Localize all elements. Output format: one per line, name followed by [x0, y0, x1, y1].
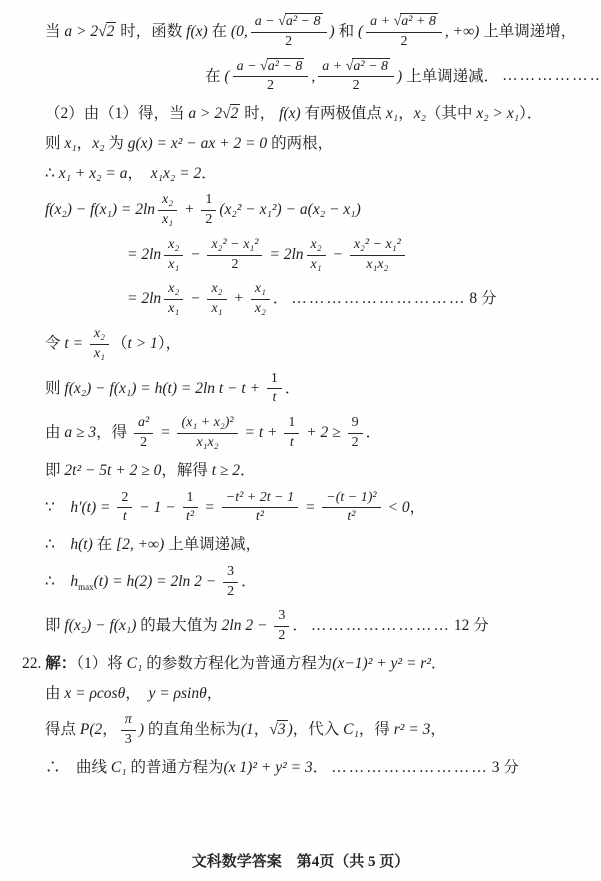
math-run: x₂ [168, 281, 179, 296]
text-run: ）． [519, 105, 542, 122]
math-run: x₁ [168, 301, 179, 316]
math-run: = 2ln [127, 246, 161, 263]
text-run: ， [127, 165, 150, 182]
text-run: ∴ [45, 536, 70, 553]
math-line-3: （2）由（1）得，当 a > 2√2 时， f(x) 有两极值点 x₁，x₂（其… [45, 103, 583, 125]
text-run: ． [431, 655, 447, 672]
text-run: ， [207, 685, 223, 702]
text-run: ． [201, 165, 217, 182]
denominator: 2 [140, 434, 147, 452]
denominator: x₁x₂ [366, 256, 388, 274]
text-run: ． [273, 290, 289, 307]
radicand: 2 [230, 104, 241, 122]
text-run: ， [102, 721, 118, 738]
text-run: 上单调递减， [164, 536, 261, 553]
math-run: (x₂² − x₁²) − a(x₂ − x₁) [219, 201, 360, 218]
fraction: x₂x₁ [158, 192, 177, 229]
numerator: x₂ [207, 281, 226, 300]
denominator: t [290, 434, 294, 452]
numerator: (x₁ + x₂)² [177, 415, 237, 434]
fraction: 12 [201, 192, 216, 229]
denominator: t² [256, 508, 264, 526]
math-run: π [125, 712, 132, 727]
math-run: x₂ [162, 192, 173, 207]
numerator: x₂ [164, 237, 183, 256]
math-run: x₁ [311, 257, 322, 272]
text-run: 当 [45, 23, 64, 40]
math-run: , [311, 67, 315, 84]
fraction: x₂² − x₁²x₁x₂ [350, 237, 405, 274]
text-run: 则 [45, 135, 64, 152]
dotted-leader: ……………… [502, 67, 601, 84]
denominator: t² [347, 508, 355, 526]
text-run: ，得 [96, 424, 131, 441]
radicand: a² + 8 [400, 13, 438, 29]
math-run: − 1 − [135, 498, 179, 515]
fraction: 2t [117, 490, 132, 527]
math-line-6: f(x₂) − f(x₁) = 2lnx₂x₁ + 12(x₂² − x₁²) … [45, 192, 583, 229]
radical: √a² − 8 [346, 59, 390, 76]
denominator: 2 [267, 77, 274, 95]
math-line-5: ∴ x₁ + x₂ = a， x₁x₂ = 2． [45, 163, 583, 185]
denominator: 2 [352, 434, 359, 452]
math-line-17: 22. 解：（1）将 C₁ 的参数方程化为普通方程为(x−1)² + y² = … [22, 653, 583, 675]
denominator: 2 [353, 77, 360, 95]
math-run: t [123, 509, 127, 524]
radical-sign-icon: √ [269, 721, 277, 738]
fraction: π3 [121, 712, 136, 749]
radical: √a² − 8 [260, 59, 304, 76]
numerator: 1 [183, 490, 198, 509]
math-run: f(x₂) − f(x₁) [64, 617, 136, 634]
denominator: 2 [285, 33, 292, 51]
denominator: 2 [401, 33, 408, 51]
denominator: x₁ [168, 256, 179, 274]
text-run: 在 [205, 67, 224, 84]
fraction: 32 [274, 608, 289, 645]
math-run: , +∞) [445, 23, 479, 40]
math-run: C₁ [343, 721, 359, 738]
math-run: = 2ln [127, 290, 161, 307]
math-run: x₂ > x₁ [476, 105, 519, 122]
math-run: [2, +∞) [116, 536, 164, 553]
math-line-20: ∴ 曲线 C₁ 的普通方程为(x 1)² + y² = 3．………………………3… [45, 757, 583, 779]
math-run: = [301, 498, 319, 515]
math-run: h(t) [70, 536, 92, 553]
math-run: C₁ [111, 759, 127, 776]
math-run: a² [138, 415, 149, 430]
math-run: (t) = h(2) = 2ln 2 − [94, 573, 221, 590]
denominator: t² [186, 508, 194, 526]
text-run: 上单调递增， [479, 23, 576, 40]
numerator: 2 [117, 490, 132, 509]
text-run: 在 [93, 536, 116, 553]
fraction: (x₁ + x₂)²x₁x₂ [177, 415, 237, 452]
math-line-1: 当 a > 2√2 时，函数 f(x) 在 (0,a − √a² − 82) 和… [45, 14, 583, 51]
fraction: −(t − 1)²t² [322, 490, 380, 527]
math-run: 2t² − 5t + 2 ≥ 0 [64, 462, 161, 479]
radical: √a² + 8 [394, 14, 438, 31]
fraction: x₂x₁ [207, 281, 226, 318]
radical: √a² − 8 [278, 14, 322, 31]
math-run: x₁ [168, 257, 179, 272]
math-run: t² [186, 509, 194, 524]
numerator: x₂ [158, 192, 177, 211]
bold-text: 解： [45, 655, 76, 672]
denominator: 2 [205, 211, 212, 229]
dotted-leader: …………………… [311, 617, 451, 634]
radical-sign-icon: √ [98, 23, 106, 40]
numerator: x₂ [90, 326, 109, 345]
text-run: ，解得 [161, 462, 211, 479]
math-run: x₂² − x₁² [354, 237, 401, 252]
text-run: ∴ [45, 165, 59, 182]
text-run: ． [241, 573, 257, 590]
math-run: = [201, 498, 219, 515]
numerator: x₂ [307, 237, 326, 256]
dotted-leader: ………………………… [291, 290, 466, 307]
subscript: max [78, 582, 94, 592]
fraction: 1t [267, 371, 282, 408]
math-line-8: = 2lnx₂x₁ − x₂x₁ + x₁x₂．…………………………8 分 [127, 281, 583, 318]
denominator: t [123, 508, 127, 526]
fraction: 1t² [183, 490, 198, 527]
math-run: x₂ [311, 237, 322, 252]
math-run: P(2 [80, 721, 102, 738]
fraction: x₂x₁ [164, 281, 183, 318]
document-content: 当 a > 2√2 时，函数 f(x) 在 (0,a − √a² − 82) 和… [45, 14, 583, 779]
text-run: ． [240, 462, 256, 479]
denominator: x₁ [162, 211, 173, 229]
radicand: a² − 8 [285, 13, 323, 29]
text-run: ． [285, 379, 301, 396]
numerator: a − √a² − 8 [233, 59, 309, 78]
math-run: t = [64, 335, 87, 352]
numerator: −t² + 2t − 1 [222, 490, 298, 509]
math-run: (x₁ + x₂)² [181, 415, 233, 430]
text-run: 3 分 [492, 759, 519, 776]
numerator: π [121, 712, 136, 731]
math-run: x₂ [94, 326, 105, 341]
text-run: 的最大值为 [136, 617, 221, 634]
denominator: x₁ [94, 345, 105, 363]
math-line-9: 令 t = x₂x₁（t > 1）， [45, 326, 583, 363]
numerator: 3 [223, 564, 238, 583]
text-run: 即 [45, 462, 64, 479]
math-line-16: 即 f(x₂) − f(x₁) 的最大值为 2ln 2 − 32．…………………… [45, 608, 583, 645]
math-line-4: 则 x₁，x₂ 为 g(x) = x² − ax + 2 = 0 的两根， [45, 133, 583, 155]
text-run: ， [77, 135, 93, 152]
math-run: a + [370, 14, 393, 29]
text-run: ∴ [45, 573, 70, 590]
math-line-10: 则 f(x₂) − f(x₁) = h(t) = 2ln t − t + 1t． [45, 371, 583, 408]
text-run: 8 分 [469, 290, 496, 307]
text-run: ，代入 [293, 721, 343, 738]
text-run: 为 [104, 135, 127, 152]
fraction: a + √a² − 82 [318, 59, 394, 96]
math-run: t² [256, 509, 264, 524]
text-run: ． [313, 759, 329, 776]
text-run: 12 分 [454, 617, 489, 634]
fraction: 1t [284, 415, 299, 452]
math-run: f(x₂) − f(x₁) = 2ln [45, 201, 155, 218]
page-footer: 文科数学答案 第4页（共 5 页） [0, 850, 601, 871]
math-run: x₂ [414, 105, 426, 122]
math-run: h [70, 573, 78, 590]
dotted-leader: ……………………… [331, 759, 489, 776]
math-run: t [290, 435, 294, 450]
math-run: (1 [241, 721, 254, 738]
math-run: (0, [231, 23, 248, 40]
text-run: 的直角坐标为 [144, 721, 241, 738]
numerator: −(t − 1)² [322, 490, 380, 509]
text-run: （2）由（1）得，当 [45, 105, 188, 122]
numerator: a + √a² − 8 [318, 59, 394, 78]
math-run: a ≥ 3 [64, 424, 96, 441]
fraction: x₁x₂ [251, 281, 270, 318]
fraction: x₂x₁ [164, 237, 183, 274]
math-run: f(x) [186, 23, 208, 40]
text-run: 则 [45, 379, 64, 396]
math-line-14: ∴ h(t) 在 [2, +∞) 上单调递减， [45, 534, 583, 556]
text-run: 时， [240, 105, 279, 122]
math-run: −(t − 1)² [326, 490, 376, 505]
math-run: a > 2 [188, 105, 222, 122]
fraction: 32 [223, 564, 238, 601]
fraction: a²2 [134, 415, 153, 452]
math-line-2: 在 (a − √a² − 82,a + √a² − 82) 上单调递减．…………… [205, 59, 583, 96]
denominator: x₂ [255, 300, 266, 318]
math-run: −t² + 2t − 1 [226, 490, 294, 505]
text-run: 有两极值点 [301, 105, 386, 122]
math-run: t > 1 [128, 335, 158, 352]
denominator: x₁ [311, 256, 322, 274]
text-run: ∵ [45, 498, 70, 515]
math-run: 2ln 2 − [222, 617, 272, 634]
math-line-7: = 2lnx₂x₁ − x₂² − x₁²2 = 2lnx₂x₁ − x₂² −… [127, 237, 583, 274]
denominator: x₁x₂ [196, 434, 218, 452]
math-run: ( [224, 67, 229, 84]
fraction: x₂x₁ [307, 237, 326, 274]
math-run: x₁ + x₂ = a [59, 165, 128, 182]
math-run: x₂ [92, 135, 104, 152]
math-run: t² [347, 509, 355, 524]
text-run: ． [366, 424, 382, 441]
radicand: a² − 8 [267, 58, 305, 74]
numerator: x₂² − x₁² [350, 237, 405, 256]
radical-sign-icon: √ [222, 105, 230, 122]
radical-sign-icon: √ [278, 14, 285, 29]
denominator: t [272, 389, 276, 407]
math-line-12: 即 2t² − 5t + 2 ≥ 0，解得 t ≥ 2． [45, 460, 583, 482]
math-run: x₁ [386, 105, 398, 122]
math-run: x₁ [255, 281, 266, 296]
text-run: 时，函数 [116, 23, 186, 40]
math-line-18: 由 x = ρcosθ， y = ρsinθ， [45, 683, 583, 705]
text-run: ）， [158, 335, 181, 352]
math-run: − [329, 246, 347, 263]
text-run: （1）将 [76, 655, 126, 672]
math-run: y = ρsinθ [148, 685, 206, 702]
math-run: x₂² − x₁² [211, 237, 258, 252]
math-line-15: ∴ hmax(t) = h(2) = 2ln 2 − 32． [45, 564, 583, 601]
numerator: 1 [267, 371, 282, 390]
math-run: (x−1)² + y² = r² [332, 655, 431, 672]
math-run: a + [322, 59, 345, 74]
text-run: 令 [45, 335, 64, 352]
denominator: x₁ [211, 300, 222, 318]
math-run: x₁ [162, 212, 173, 227]
math-run: x = ρcosθ [64, 685, 125, 702]
math-run: + [180, 201, 198, 218]
fraction: 92 [348, 415, 363, 452]
math-run: a − [237, 59, 260, 74]
math-run: a − [255, 14, 278, 29]
math-run: = [156, 424, 174, 441]
math-run: = 2ln [265, 246, 303, 263]
text-run: 在 [208, 23, 231, 40]
fraction: −t² + 2t − 1t² [222, 490, 298, 527]
math-run: t [272, 390, 276, 405]
radical: √3 [269, 719, 287, 741]
answer-sheet-page: 当 a > 2√2 时，函数 f(x) 在 (0,a − √a² − 82) 和… [0, 0, 601, 881]
text-run: ， [398, 105, 414, 122]
math-run: + [230, 290, 248, 307]
fraction: x₂² − x₁²2 [207, 237, 262, 274]
text-run: 和 [335, 23, 358, 40]
radicand: 3 [277, 720, 288, 738]
math-run: x₂ [255, 301, 266, 316]
math-run: f(x₂) − f(x₁) = h(t) = 2ln t − t + [64, 379, 264, 396]
math-run: t ≥ 2 [212, 462, 240, 479]
text-run: ， [430, 721, 446, 738]
math-run: ( [358, 23, 363, 40]
text-run: ， [254, 721, 270, 738]
math-run: x₁x₂ = 2 [151, 165, 202, 182]
denominator: 2 [231, 256, 238, 274]
fraction: x₂x₁ [90, 326, 109, 363]
math-run: (x 1)² + y² = 3 [224, 759, 313, 776]
math-run: x₁ [64, 135, 76, 152]
math-run: x₂ [168, 237, 179, 252]
text-run: 即 [45, 617, 64, 634]
text-run: 的参数方程化为普通方程为 [142, 655, 332, 672]
math-run: a > 2 [64, 23, 98, 40]
text-run: （其中 [426, 105, 476, 122]
math-run: x₂ [211, 281, 222, 296]
math-run: r² = 3 [394, 721, 431, 738]
math-run: C₁ [127, 655, 143, 672]
math-run: h′(t) = [70, 498, 114, 515]
denominator: 2 [278, 627, 285, 645]
radical-sign-icon: √ [260, 59, 267, 74]
numerator: a² [134, 415, 153, 434]
math-run: x₁ [211, 301, 222, 316]
text-run: ． [292, 617, 308, 634]
text-run: ， [410, 498, 426, 515]
text-run: ， [125, 685, 148, 702]
math-run: x₁x₂ [196, 435, 218, 450]
math-line-13: ∵ h′(t) = 2t − 1 − 1t² = −t² + 2t − 1t² … [45, 490, 583, 527]
text-run: 由 [45, 424, 64, 441]
math-run: + 2 ≥ [302, 424, 344, 441]
math-run: g(x) = x² − ax + 2 = 0 [128, 135, 267, 152]
text-run: 的普通方程为 [127, 759, 224, 776]
fraction: a − √a² − 82 [251, 14, 327, 51]
denominator: 3 [125, 731, 132, 749]
denominator: 2 [227, 583, 234, 601]
text-run: 22. [22, 655, 45, 672]
radical: √2 [98, 21, 116, 43]
math-line-19: 得点 P(2，π3) 的直角坐标为(1，√3)，代入 C₁，得 r² = 3， [45, 712, 583, 749]
numerator: 3 [274, 608, 289, 627]
text-run: （ [112, 335, 128, 352]
fraction: a + √a² + 82 [366, 14, 442, 51]
math-run: − [186, 246, 204, 263]
text-run: 由 [45, 685, 64, 702]
text-run: 的两根， [267, 135, 333, 152]
radicand: 2 [106, 22, 117, 40]
denominator: x₁ [168, 300, 179, 318]
math-run: x₁x₂ [366, 257, 388, 272]
text-run: 得点 [45, 721, 80, 738]
radical: √2 [222, 103, 240, 125]
math-run: − [186, 290, 204, 307]
numerator: 1 [201, 192, 216, 211]
math-run: < 0 [384, 498, 410, 515]
radicand: a² − 8 [352, 58, 390, 74]
numerator: x₂ [164, 281, 183, 300]
numerator: 9 [348, 415, 363, 434]
numerator: 1 [284, 415, 299, 434]
numerator: x₁ [251, 281, 270, 300]
math-run: x₁ [94, 346, 105, 361]
text-run: ，得 [359, 721, 394, 738]
text-run: ∴ 曲线 [45, 759, 111, 776]
math-line-11: 由 a ≥ 3，得 a²2 = (x₁ + x₂)²x₁x₂ = t + 1t … [45, 415, 583, 452]
fraction: a − √a² − 82 [233, 59, 309, 96]
text-run: 上单调递减． [402, 67, 499, 84]
math-run: = t + [241, 424, 282, 441]
numerator: a − √a² − 8 [251, 14, 327, 33]
math-run: f(x) [279, 105, 301, 122]
numerator: x₂² − x₁² [207, 237, 262, 256]
numerator: a + √a² + 8 [366, 14, 442, 33]
